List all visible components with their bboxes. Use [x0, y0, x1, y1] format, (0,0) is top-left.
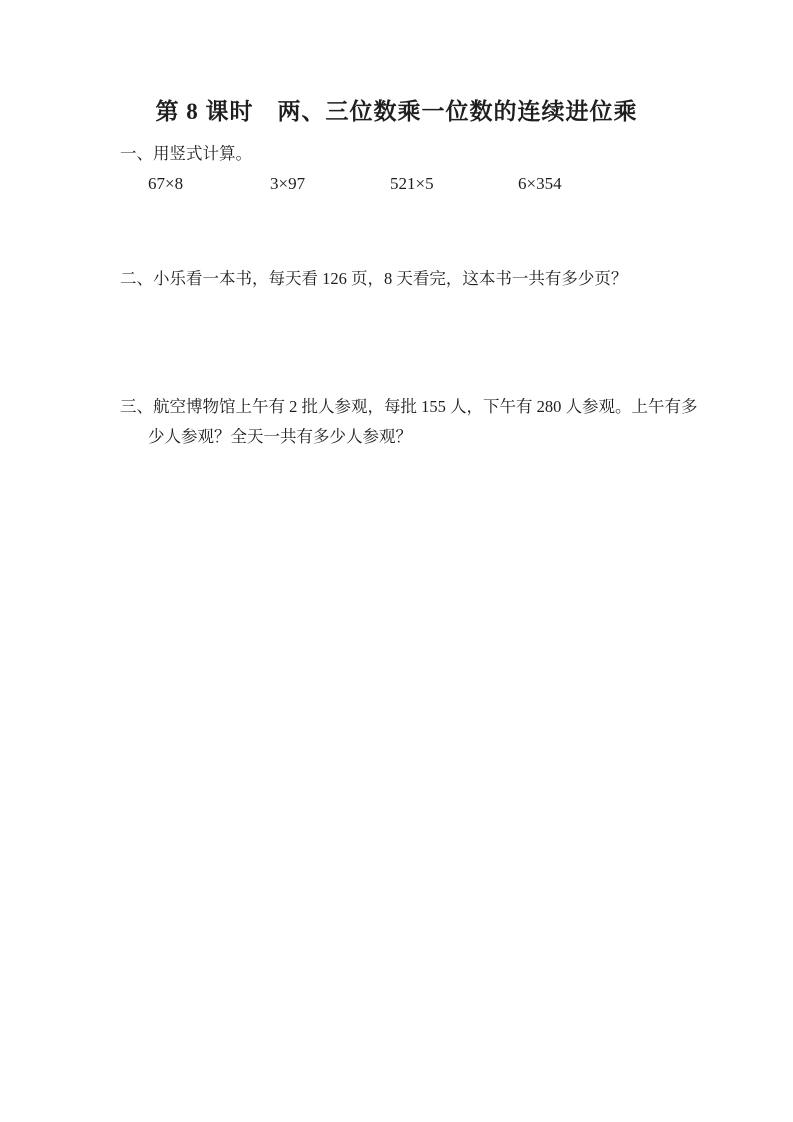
page-title: 第 8 课时 两、三位数乘一位数的连续进位乘	[0, 0, 793, 127]
section-1-heading: 一、用竖式计算。	[120, 143, 793, 164]
problem-row: 67×8 3×97 521×5 6×354	[148, 173, 793, 195]
section-2-word-problem: 二、小乐看一本书，每天看 126 页，8 天看完，这本书一共有多少页？	[120, 268, 733, 290]
multiplication-problem-2: 3×97	[270, 173, 390, 195]
worksheet-page: 第 8 课时 两、三位数乘一位数的连续进位乘 一、用竖式计算。 67×8 3×9…	[0, 0, 793, 1122]
multiplication-problem-4: 6×354	[518, 173, 562, 195]
section-calculation: 一、用竖式计算。 67×8 3×97 521×5 6×354	[0, 143, 793, 195]
multiplication-problem-1: 67×8	[148, 173, 270, 195]
multiplication-problem-3: 521×5	[390, 173, 518, 195]
section-3-line-1: 三、航空博物馆上午有 2 批人参观，每批 155 人，下午有 280 人参观。上…	[120, 392, 733, 422]
section-3-word-problem: 三、航空博物馆上午有 2 批人参观，每批 155 人，下午有 280 人参观。上…	[120, 392, 733, 452]
section-3-line-2: 少人参观？全天一共有多少人参观？	[148, 422, 733, 452]
